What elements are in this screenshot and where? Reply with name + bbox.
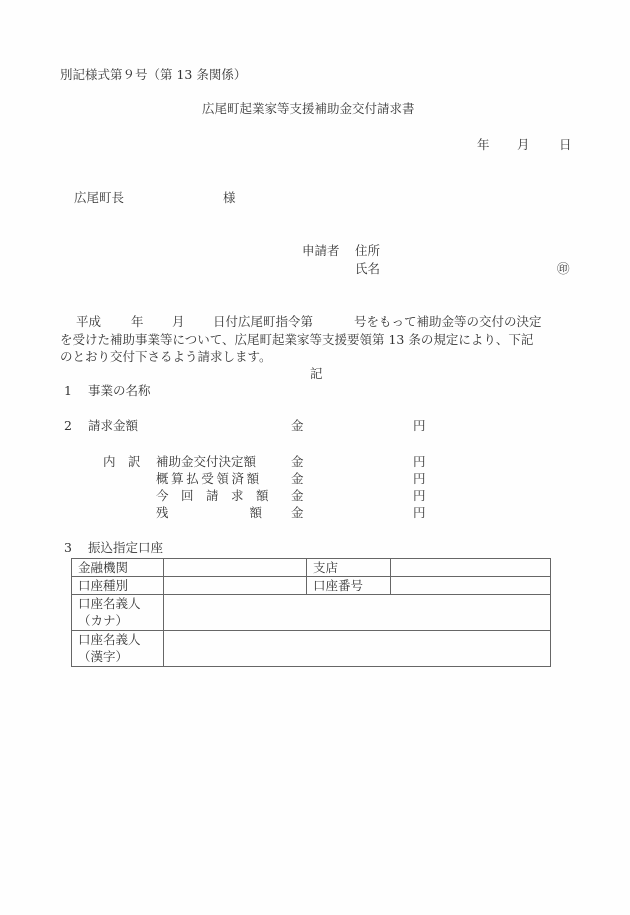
ki-heading: 記 xyxy=(310,368,323,381)
branch-label: 支店 xyxy=(307,559,391,577)
item-number: 1 xyxy=(64,385,72,398)
account-type-field[interactable] xyxy=(164,577,307,595)
month-text: 月 xyxy=(172,316,185,329)
breakdown-row-label: 補助金交付決定額 xyxy=(156,456,256,469)
breakdown-label: 内 訳 xyxy=(103,456,141,469)
table-row: 口座名義人 （漢字） xyxy=(72,631,551,667)
branch-field[interactable] xyxy=(391,559,551,577)
addressee-name: 広尾町長 xyxy=(74,192,124,205)
date-year: 年 xyxy=(477,139,490,152)
item-number: 2 xyxy=(64,420,72,433)
item-label: 請求金額 xyxy=(88,420,138,433)
holder-kanji-label: 口座名義人 （漢字） xyxy=(72,631,164,667)
yen-label: 円 xyxy=(413,456,426,469)
document-title: 広尾町起業家等支援補助金交付請求書 xyxy=(202,103,415,116)
kin-label: 金 xyxy=(291,507,304,520)
bank-label: 金融機関 xyxy=(72,559,164,577)
holder-kanji-label-2: （漢字） xyxy=(78,648,163,665)
name-label: 氏名 xyxy=(355,263,380,276)
item-number: 3 xyxy=(64,542,72,555)
era-text: 平成 xyxy=(76,316,101,329)
account-number-field[interactable] xyxy=(391,577,551,595)
date-day: 日 xyxy=(559,139,572,152)
addressee-honorific: 様 xyxy=(223,192,236,205)
date-month: 月 xyxy=(517,139,530,152)
kin-label: 金 xyxy=(291,456,304,469)
table-row: 口座名義人 （カナ） xyxy=(72,595,551,631)
holder-kana-label-2: （カナ） xyxy=(78,612,163,629)
table-row: 口座種別 口座番号 xyxy=(72,577,551,595)
item-label: 振込指定口座 xyxy=(88,542,163,555)
yen-label: 円 xyxy=(413,420,426,433)
account-type-label: 口座種別 xyxy=(72,577,164,595)
breakdown-row-label: 残額 xyxy=(156,507,343,520)
kin-label: 金 xyxy=(291,490,304,503)
applicant-label: 申請者 xyxy=(302,245,340,258)
seal-mark: ㊞ xyxy=(557,263,570,276)
holder-kana-field[interactable] xyxy=(164,595,551,631)
holder-kana-label-1: 口座名義人 xyxy=(78,595,163,612)
yen-label: 円 xyxy=(413,490,426,503)
kin-label: 金 xyxy=(291,473,304,486)
breakdown-row-label: 今回請求額 xyxy=(156,490,281,503)
breakdown-row-label: 概算払受領済額 xyxy=(156,473,262,486)
holder-kanji-label-1: 口座名義人 xyxy=(78,631,163,648)
bank-account-table: 金融機関 支店 口座種別 口座番号 口座名義人 （カナ） 口座名義人 （漢字） xyxy=(71,558,551,667)
holder-kana-label: 口座名義人 （カナ） xyxy=(72,595,164,631)
year-text: 年 xyxy=(131,316,144,329)
directive-text: 日付広尾町指令第 xyxy=(213,316,313,329)
holder-kanji-field[interactable] xyxy=(164,631,551,667)
form-reference: 別記様式第９号（第 13 条関係） xyxy=(60,69,246,82)
bank-field[interactable] xyxy=(164,559,307,577)
table-row: 金融機関 支店 xyxy=(72,559,551,577)
paragraph-line-3: のとおり交付下さるよう請求します。 xyxy=(60,351,272,364)
yen-label: 円 xyxy=(413,507,426,520)
paragraph-line-2: を受けた補助事業等について、広尾町起業家等支援要領第 13 条の規定により、下記 xyxy=(60,334,533,347)
address-label: 住所 xyxy=(355,245,380,258)
item-label: 事業の名称 xyxy=(88,385,151,398)
account-number-label: 口座番号 xyxy=(307,577,391,595)
yen-label: 円 xyxy=(413,473,426,486)
decision-text: 号をもって補助金等の交付の決定 xyxy=(354,316,542,329)
kin-label: 金 xyxy=(291,420,304,433)
